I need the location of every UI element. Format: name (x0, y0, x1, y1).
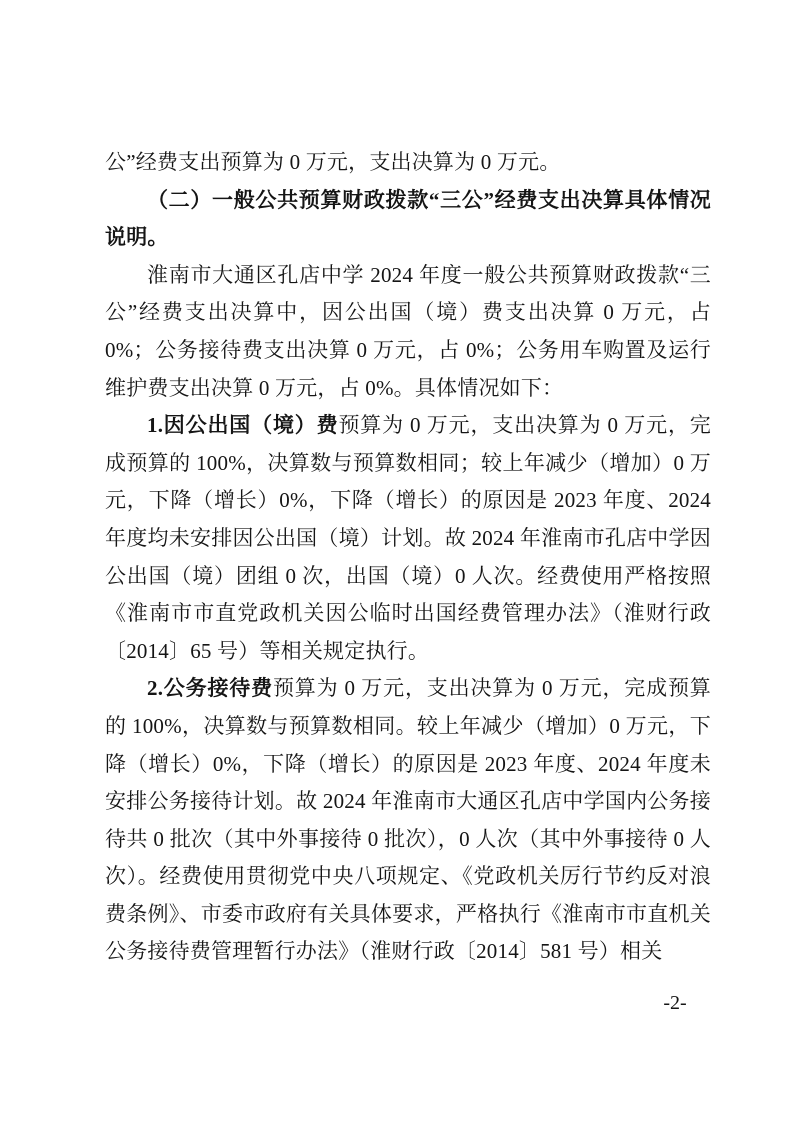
document-page: 公”经费支出预算为 0 万元，支出决算为 0 万元。 （二）一般公共预算财政拨款… (0, 0, 793, 1122)
paragraph-item-2-lead: 2.公务接待费 (147, 676, 273, 700)
paragraph-item-2: 2.公务接待费预算为 0 万元，支出决算为 0 万元，完成预算的 100%，决算… (105, 670, 711, 971)
section-heading: （二）一般公共预算财政拨款“三公”经费支出决算具体情况说明。 (105, 182, 711, 257)
paragraph-item-1-text: 预算为 0 万元，支出决算为 0 万元，完成预算的 100%，决算数与预算数相同… (105, 413, 711, 663)
paragraph-overview: 淮南市大通区孔店中学 2024 年度一般公共预算财政拨款“三公”经费支出决算中，… (105, 257, 711, 407)
paragraph-item-1-lead: 1.因公出国（境）费 (147, 413, 338, 437)
paragraph-item-2-text: 预算为 0 万元，支出决算为 0 万元，完成预算的 100%，决算数与预算数相同… (105, 676, 711, 963)
page-number: -2- (652, 991, 698, 1015)
document-content: 公”经费支出预算为 0 万元，支出决算为 0 万元。 （二）一般公共预算财政拨款… (105, 144, 711, 971)
paragraph-item-1: 1.因公出国（境）费预算为 0 万元，支出决算为 0 万元，完成预算的 100%… (105, 407, 711, 670)
paragraph-continuation: 公”经费支出预算为 0 万元，支出决算为 0 万元。 (105, 144, 711, 182)
